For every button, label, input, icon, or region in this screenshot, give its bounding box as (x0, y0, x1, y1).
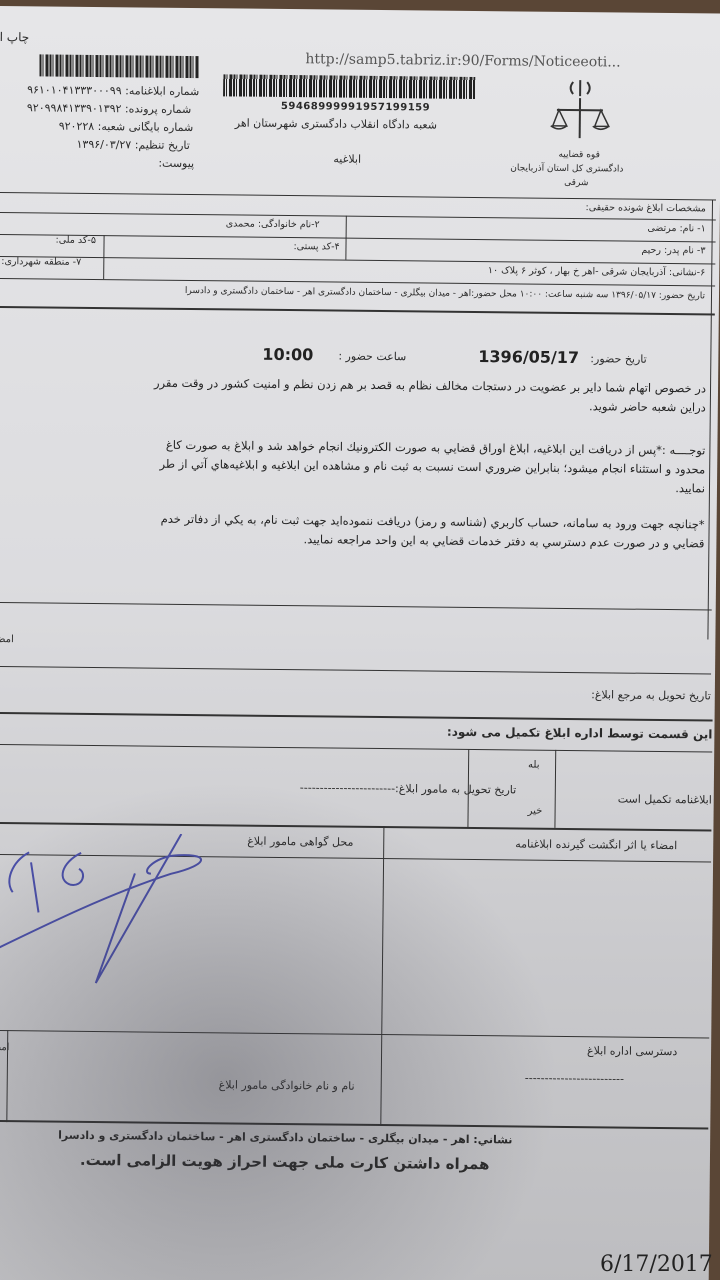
appearance-date: 1396/05/17 (478, 347, 579, 367)
photo-date-stamp: 6/17/2017 (600, 1252, 713, 1277)
appearance-date-label: تاریخ حضور: (590, 352, 647, 366)
issue-date: تاریخ تنظیم: ۱۳۹۶/۰۳/۲۷ (76, 138, 189, 152)
notice-complete-label: ابلاغنامه تکمیل است (618, 793, 712, 807)
print-label: چاپ ا (0, 30, 29, 44)
option-yes[interactable]: بله (528, 760, 540, 771)
officer-signature (0, 832, 291, 1005)
sign-label: امض (0, 634, 14, 645)
org-line-1: قوه قضاییه (558, 150, 600, 160)
notice-number: شماره ابلاغنامه: ۹۶۱۰۱۰۴۱۳۳۳۰۰۰۹۹ (27, 83, 199, 98)
option-no[interactable]: خیر (528, 806, 543, 817)
archive-number: شماره بایگانی شعبه: ۹۲۰۲۲۸ (59, 120, 194, 134)
barcode-main (223, 74, 475, 99)
delivery-to-reference-date: تاریخ تحویل به مرجع ابلاغ: (591, 688, 711, 702)
barcode-left (39, 54, 199, 78)
case-number: شماره پرونده: ۹۲۰۹۹۸۴۱۳۳۹۰۱۳۹۲ (27, 101, 191, 116)
judiciary-emblem-icon (545, 76, 616, 147)
appearance-time-label: ساعت حضور : (338, 350, 406, 364)
login-instructions-text: *چنانچه جهت ورود به سامانه، حساب کاربري … (0, 508, 705, 554)
receiver-signature-label: امضاء یا اثر انگشت گیرنده ابلاغنامه (515, 837, 677, 852)
municipality-zone: ۷- منطقه شهرداری: (1, 256, 81, 268)
office-access-label: دسترسی اداره ابلاغ (587, 1044, 677, 1058)
postal-code: ۴-کد پستی: (293, 241, 339, 252)
id-card-notice: همراه داشتن کارت ملی جهت احراز هویت الزا… (80, 1151, 490, 1173)
officer-delivery-date: تاریخ تحویل به مامور ابلاغ:-------------… (300, 781, 517, 796)
appearance-summary: تاریخ حضور: ۱۳۹۶/۰۵/۱۷ سه شنبه ساعت: ۱۰:… (185, 286, 705, 301)
recipient-address: ۶-نشانی: آذربایجان شرقی -اهر خ بهار ، کو… (488, 265, 705, 278)
office-dashes: ------------------------- (525, 1072, 624, 1086)
court-branch: شعبه دادگاه انقلاب دادگستری شهرستان اهر (235, 116, 437, 131)
charge-text: در خصوص اتهام شما دایر بر عضویت در دستجا… (0, 372, 706, 418)
appearance-time: 10:00 (262, 345, 313, 365)
footer-address: نشاني: اهر - میدان بیگلری - ساختمان دادگ… (58, 1129, 512, 1147)
office-section-title: این قسمت توسط اداره ابلاغ تکمیل می شود: (447, 725, 713, 742)
last-name: ۲-نام خانوادگی: محمدی (226, 218, 320, 230)
doc-type: ابلاغیه (333, 153, 361, 166)
source-url: http://samp5.tabriz.ir:90/Forms/Noticeeo… (305, 51, 620, 70)
officer-name-label: نام و نام خانوادگی مامور ابلاغ (219, 1078, 355, 1092)
electronic-notice-text: توجــــه :*پس از دریافت این ابلاغیه، ابل… (0, 434, 705, 499)
org-line-3: شرقی (564, 178, 588, 188)
notice-paper: چاپ ا شماره ابلاغنامه: ۹۶۱۰۱۰۴۱۳۳۳۰۰۰۹۹ … (0, 6, 720, 1280)
org-line-2: دادگستری کل استان آذربایجان (510, 163, 623, 174)
national-id: ۵-کد ملی: (55, 235, 96, 246)
first-name: ۱- نام: مرتضی (647, 223, 705, 235)
recipient-section-title: مشخصات ابلاغ شونده حقیقی: (585, 202, 706, 214)
attachment-label: پیوست: (158, 157, 194, 170)
father-name: ۳- نام پدر: رحیم (641, 245, 705, 257)
barcode-number: 5946899999195719915​9 (281, 101, 430, 114)
